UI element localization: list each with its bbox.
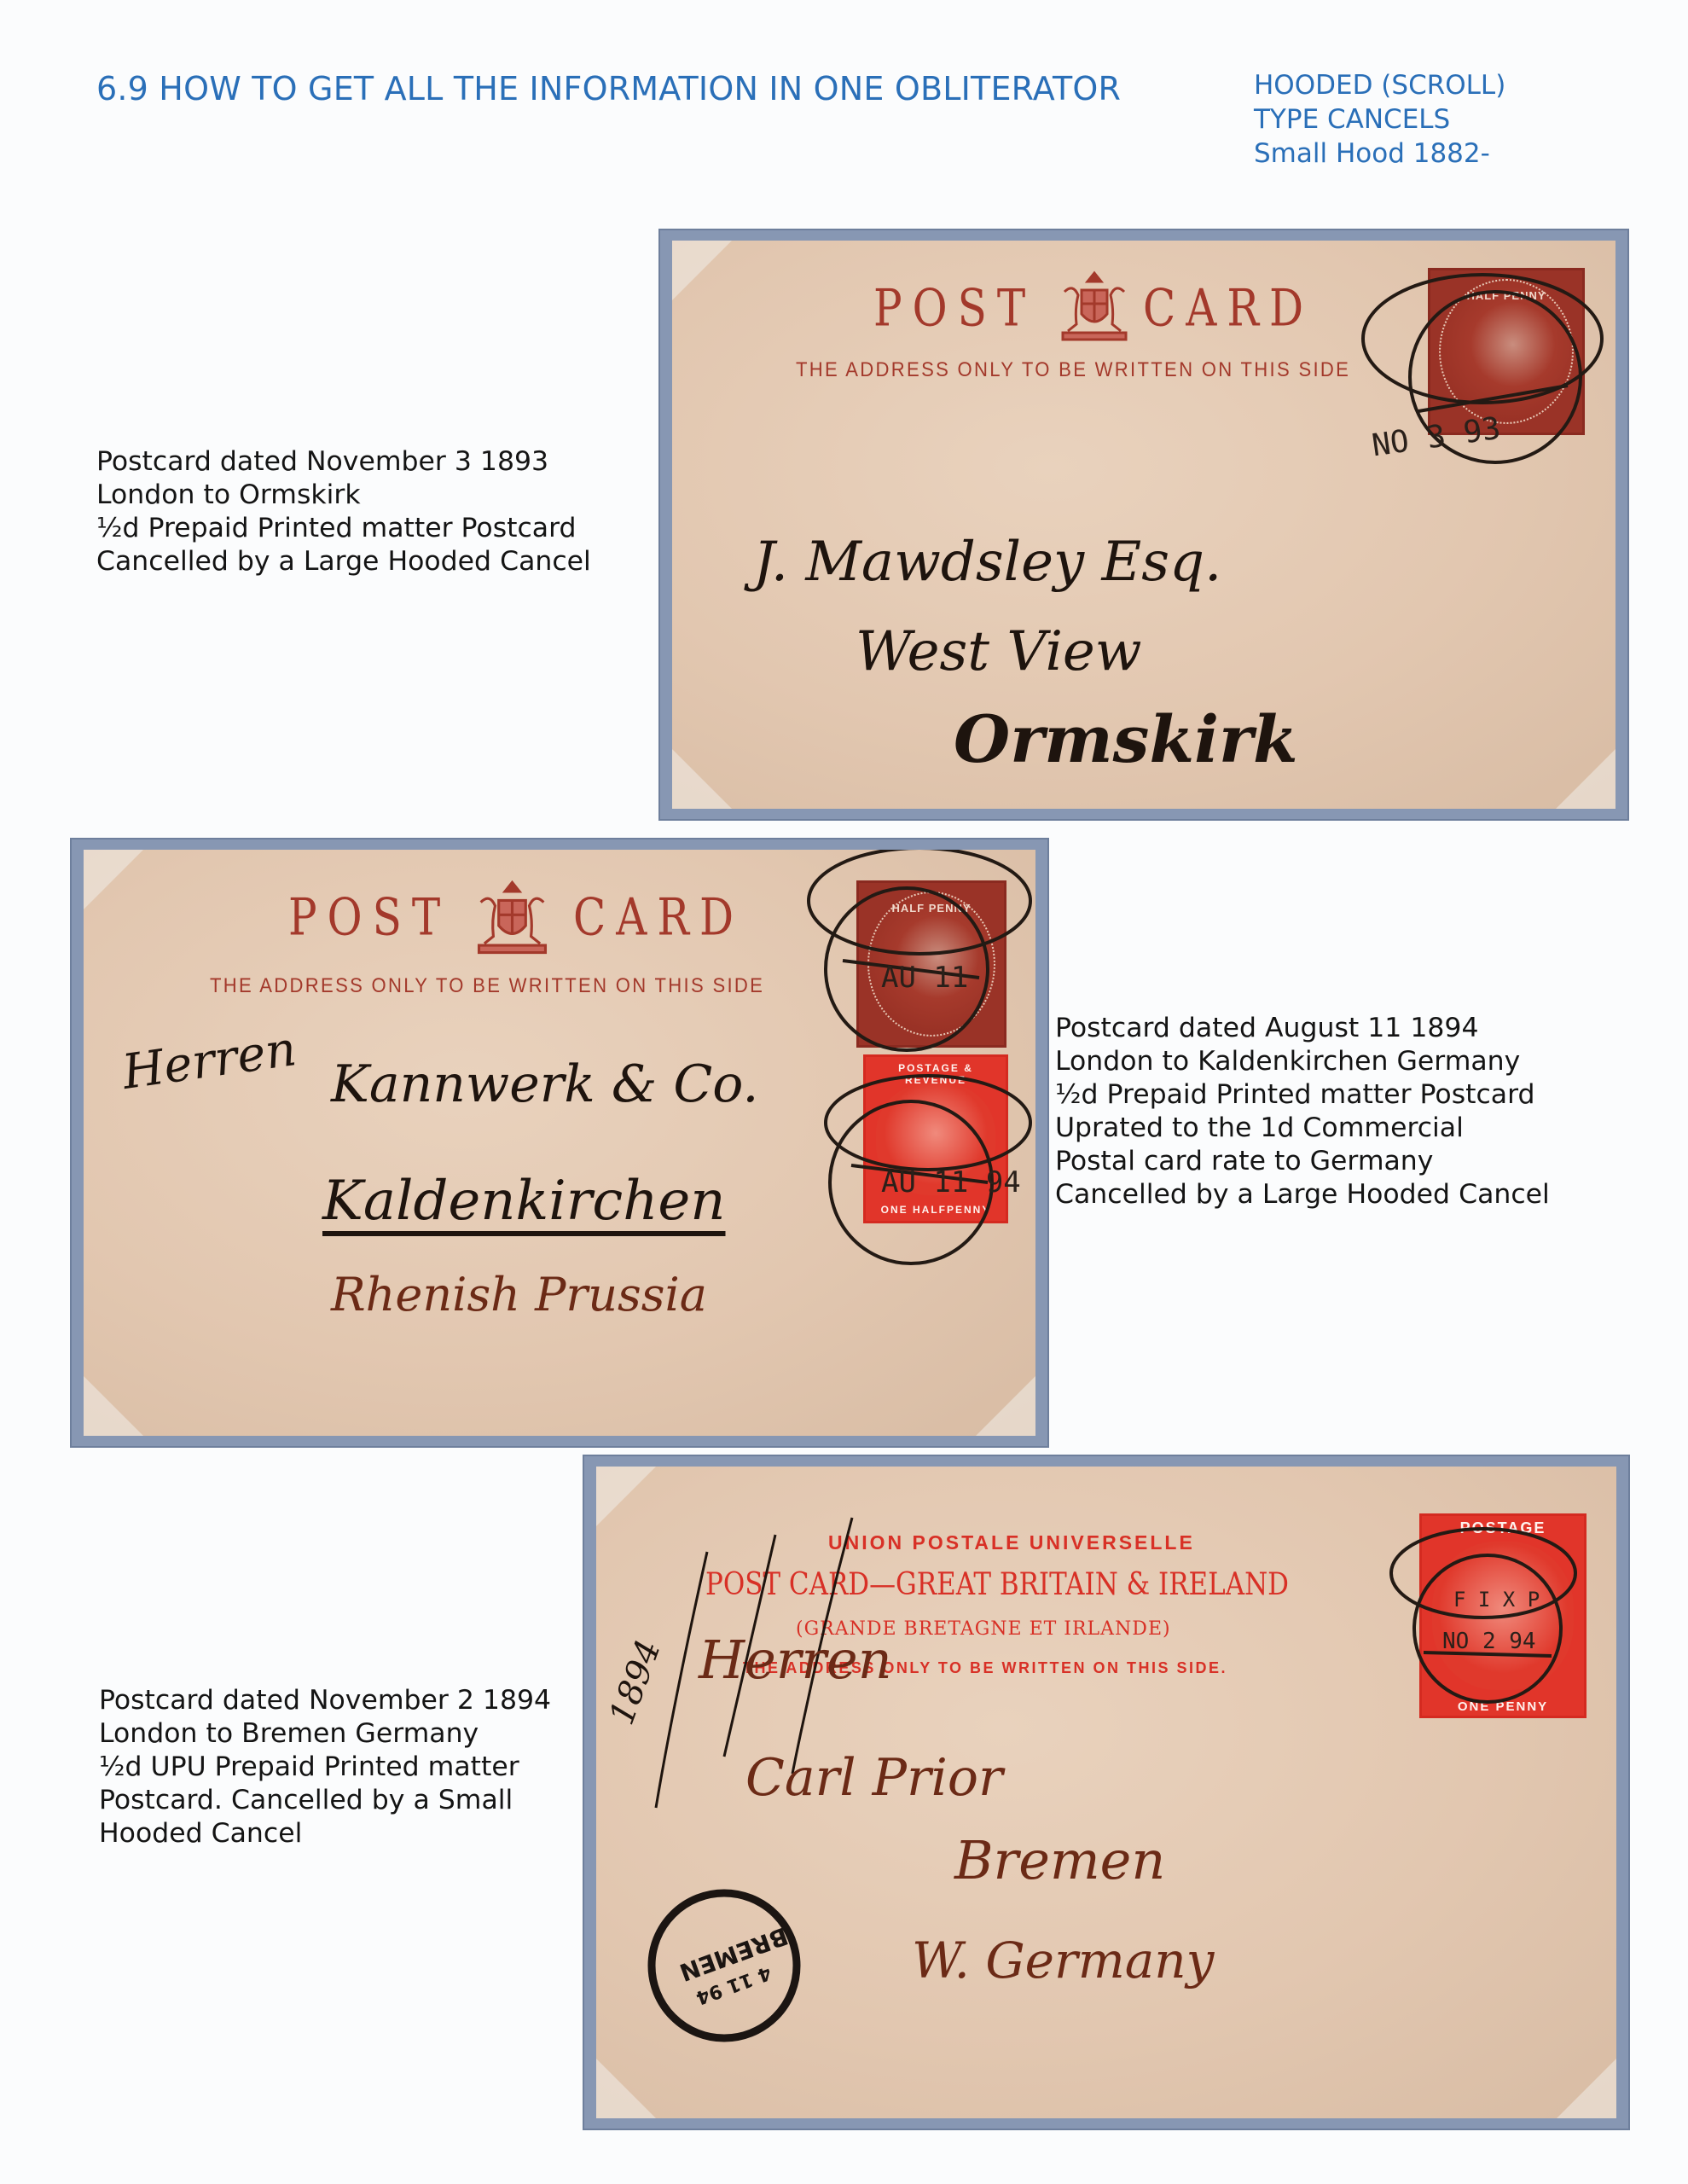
address-line: Herren [699,1629,892,1691]
caption-line: Postcard dated November 2 1894 [99,1684,551,1717]
caption-line: London to Bremen Germany [99,1717,551,1751]
caption-line: ½d Prepaid Printed matter Postcard [1055,1078,1550,1112]
postcard-1: POST CARD THE ADDRESS ONLY TO BE WRITTEN… [672,241,1615,809]
caption-line: Cancelled by a Large Hooded Cancel [96,545,591,578]
printed-post: POST [288,887,450,947]
caption-line: ½d Prepaid Printed matter Postcard [96,512,591,545]
postcard-mount-1: POST CARD THE ADDRESS ONLY TO BE WRITTEN… [658,229,1629,821]
exhibit-caption-2: Postcard dated August 11 1894 London to … [1055,1012,1550,1211]
exhibit-caption-1: Postcard dated November 3 1893 London to… [96,445,591,578]
mount-corner [1557,2059,1616,2118]
cancel-date: NO 2 94 [1442,1629,1536,1654]
cancel-time: F I X P [1453,1588,1540,1612]
postcard-mount-2: POST CARD THE ADDRESS ONLY TO BE WRITTEN… [70,838,1049,1448]
mount-corner [84,850,143,909]
cancel-date: AU 11 94 [881,1165,1021,1199]
caption-line: Postcard dated November 3 1893 [96,445,591,479]
subheading-line: HOODED (SCROLL) [1254,68,1505,102]
subheading-line: TYPE CANCELS [1254,102,1505,136]
printed-upu-line: UNION POSTALE UNIVERSELLE [828,1531,1195,1554]
caption-line: Postcard dated August 11 1894 [1055,1012,1550,1045]
postcard-mount-3: UNION POSTALE UNIVERSELLE POST CARD—GREA… [583,1455,1630,2130]
address-line: West View [856,620,1142,683]
address-line: Herren [119,1021,299,1101]
mount-corner [84,1376,143,1436]
mount-corner [1556,749,1615,809]
page-title: 6.9 HOW TO GET ALL THE INFORMATION IN ON… [96,70,1121,107]
caption-line: Cancelled by a Large Hooded Cancel [1055,1178,1550,1211]
printed-instruction: THE ADDRESS ONLY TO BE WRITTEN ON THIS S… [210,974,764,998]
caption-line: Uprated to the 1d Commercial [1055,1112,1550,1145]
subheading-line: Small Hood 1882- [1254,136,1505,171]
cancel-date: AU 11 [881,961,968,995]
mount-corner [596,2059,656,2118]
address-line: Bremen [954,1829,1165,1891]
royal-coat-of-arms-icon [472,875,553,961]
caption-line: Postal card rate to Germany [1055,1145,1550,1178]
address-line: J. Mawdsley Esq. [753,531,1221,594]
address-line: Ormskirk [954,701,1298,777]
hooded-cancel-icon [1381,1509,1586,1722]
postcard-2: POST CARD THE ADDRESS ONLY TO BE WRITTEN… [84,850,1035,1436]
caption-line: Hooded Cancel [99,1817,551,1850]
caption-line: ½d UPU Prepaid Printed matter [99,1751,551,1784]
address-line: Rhenish Prussia [331,1268,707,1321]
printed-post: POST [873,278,1035,338]
address-line: Kaldenkirchen [322,1170,726,1233]
royal-coat-of-arms-icon [1056,266,1133,347]
mount-corner [672,749,732,809]
section-subheading: HOODED (SCROLL) TYPE CANCELS Small Hood … [1254,68,1505,171]
address-line: W. Germany [912,1931,1214,1989]
printed-card: CARD [573,887,744,947]
address-line: Kannwerk & Co. [331,1054,758,1114]
exhibit-caption-3: Postcard dated November 2 1894 London to… [99,1684,551,1850]
address-line: Carl Prior [745,1748,1003,1808]
caption-line: London to Kaldenkirchen Germany [1055,1045,1550,1078]
printed-card: CARD [1143,278,1314,338]
caption-line: London to Ormskirk [96,479,591,512]
postcard-3: UNION POSTALE UNIVERSELLE POST CARD—GREA… [596,1467,1616,2118]
mount-corner [672,241,732,300]
caption-line: Postcard. Cancelled by a Small [99,1784,551,1817]
mount-corner [976,1376,1035,1436]
printed-instruction: THE ADDRESS ONLY TO BE WRITTEN ON THIS S… [796,358,1350,382]
